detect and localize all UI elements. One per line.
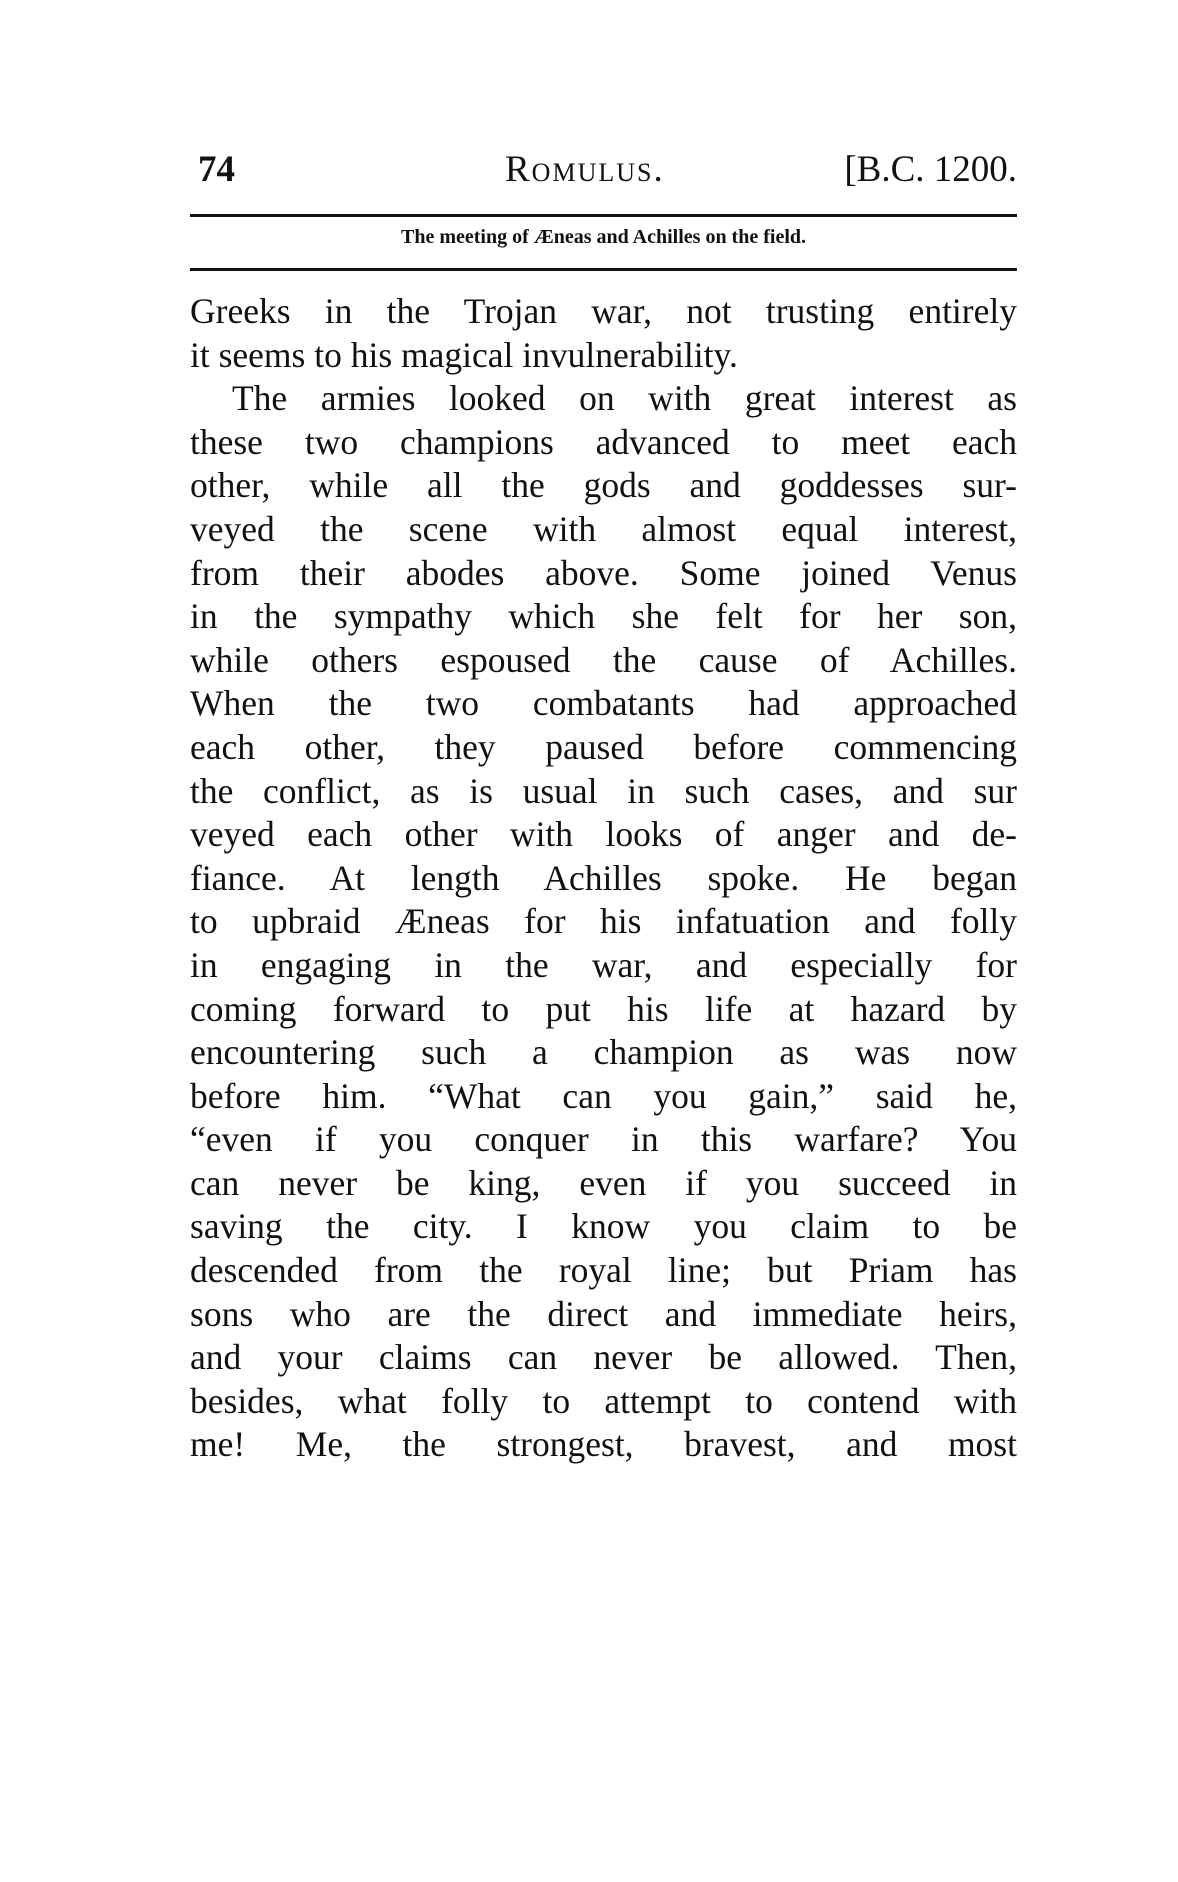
text-line: descended from the royal line; but Priam…: [190, 1249, 1017, 1293]
text-line: saving the city. I know you claim to be: [190, 1205, 1017, 1249]
text-line: coming forward to put his life at hazard…: [190, 988, 1017, 1032]
body-text: Greeks in the Trojan war, not trusting e…: [190, 290, 1017, 1467]
page-header: 74 Romulus. [B.C. 1200.: [190, 148, 1017, 198]
header-rule-top: [190, 214, 1017, 217]
text-line: and your claims can never be allowed. Th…: [190, 1336, 1017, 1380]
text-line: it seems to his magical invulnerability.: [190, 334, 1017, 378]
text-line: can never be king, even if you succeed i…: [190, 1162, 1017, 1206]
header-rule-bottom: [190, 268, 1017, 271]
text-line: other, while all the gods and goddesses …: [190, 464, 1017, 508]
text-line: veyed each other with looks of anger and…: [190, 813, 1017, 857]
text-line: in the sympathy which she felt for her s…: [190, 595, 1017, 639]
text-line: When the two combatants had approached: [190, 682, 1017, 726]
text-line: besides, what folly to attempt to conten…: [190, 1380, 1017, 1424]
text-line: me! Me, the strongest, bravest, and most: [190, 1423, 1017, 1467]
page-number: 74: [198, 148, 235, 191]
text-line: sons who are the direct and immediate he…: [190, 1293, 1017, 1337]
section-subheading: The meeting of Æneas and Achilles on the…: [190, 226, 1017, 249]
text-line: fiance. At length Achilles spoke. He beg…: [190, 857, 1017, 901]
text-line: each other, they paused before commencin…: [190, 726, 1017, 770]
text-line: to upbraid Æneas for his infatuation and…: [190, 900, 1017, 944]
text-line: encountering such a champion as was now: [190, 1031, 1017, 1075]
text-line: veyed the scene with almost equal intere…: [190, 508, 1017, 552]
text-line: Greeks in the Trojan war, not trusting e…: [190, 290, 1017, 334]
text-line: before him. “What can you gain,” said he…: [190, 1075, 1017, 1119]
text-line: in engaging in the war, and especially f…: [190, 944, 1017, 988]
text-line: the conflict, as is usual in such cases,…: [190, 770, 1017, 814]
text-line: The armies looked on with great interest…: [190, 377, 1017, 421]
text-line: “even if you conquer in this warfare? Yo…: [190, 1118, 1017, 1162]
date-marker: [B.C. 1200.: [844, 148, 1017, 191]
text-line: from their abodes above. Some joined Ven…: [190, 552, 1017, 596]
text-line: while others espoused the cause of Achil…: [190, 639, 1017, 683]
running-title: Romulus.: [505, 148, 665, 191]
text-line: these two champions advanced to meet eac…: [190, 421, 1017, 465]
